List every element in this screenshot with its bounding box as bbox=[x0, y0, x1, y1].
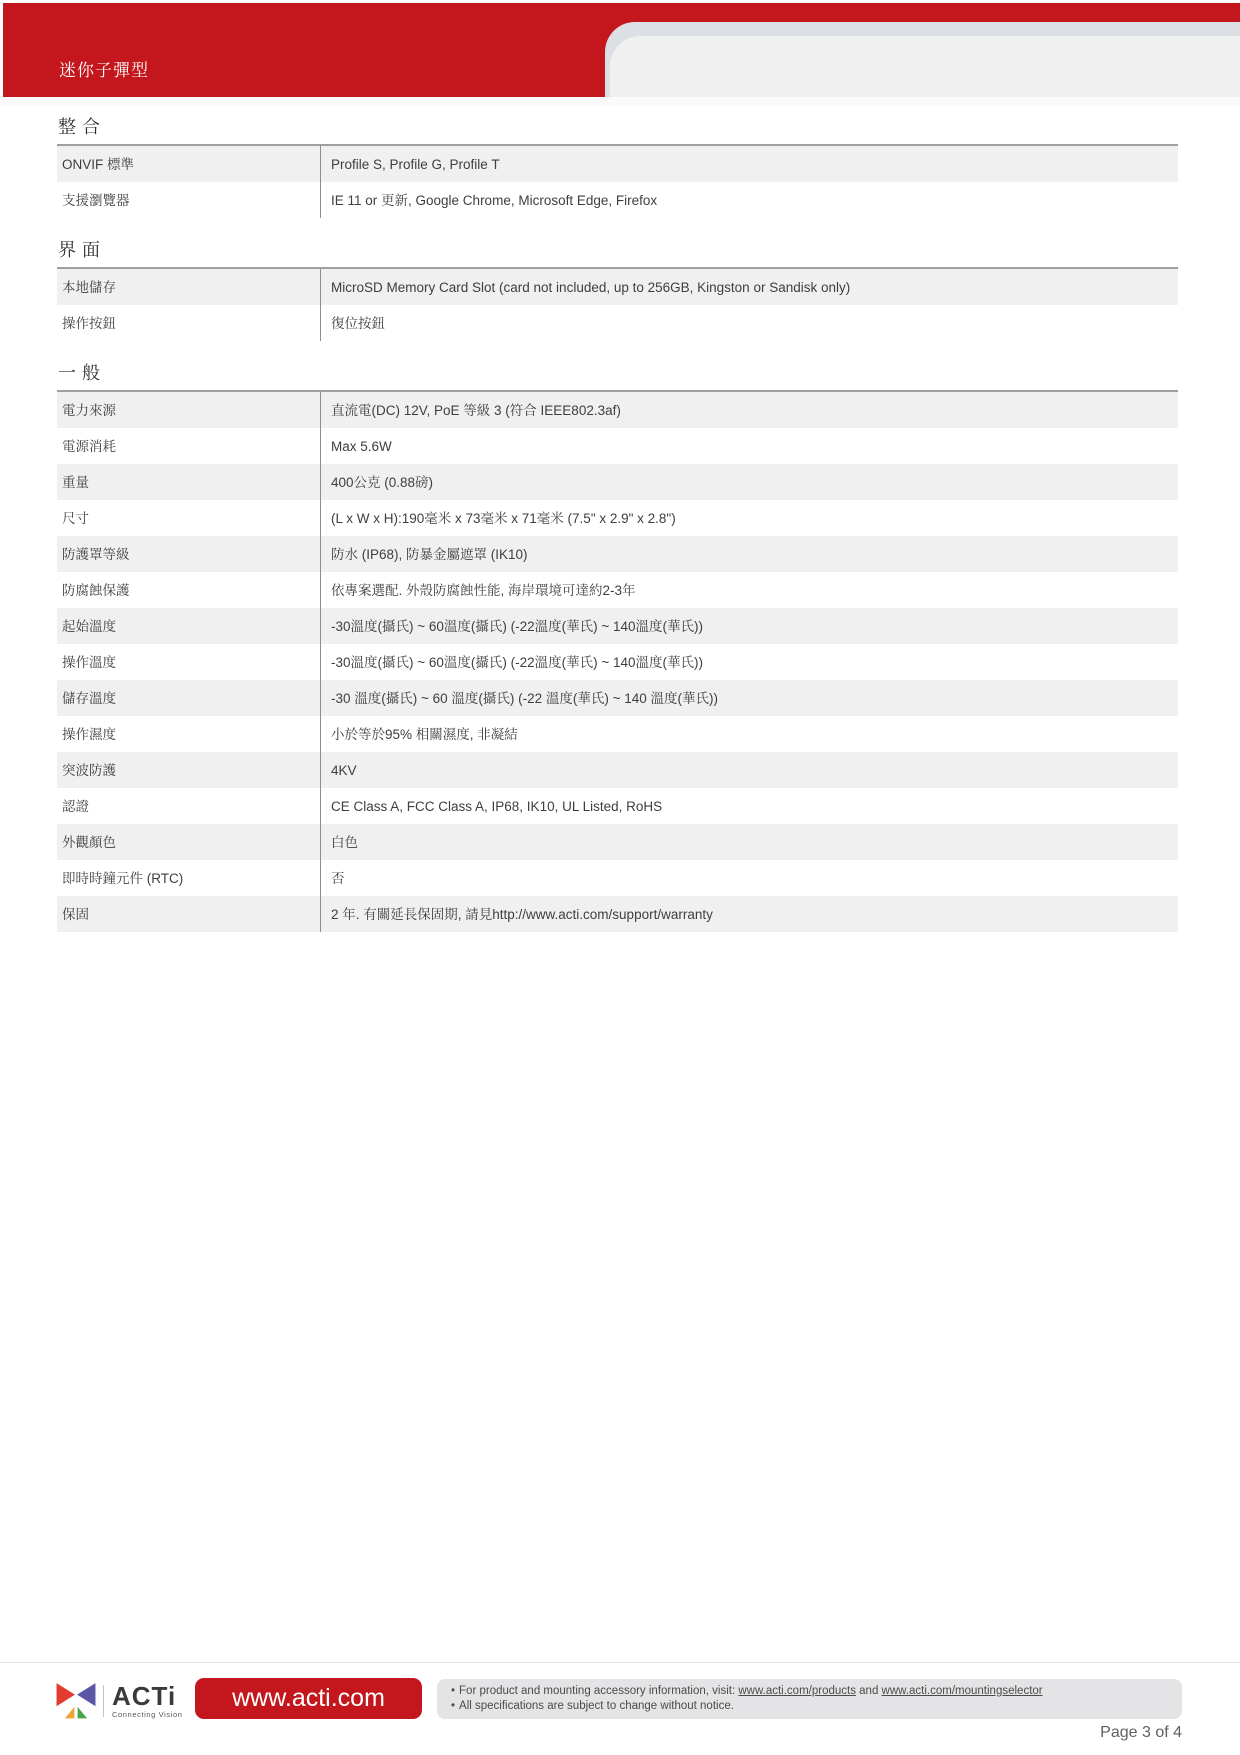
note2-text: All specifications are subject to change… bbox=[459, 1700, 734, 1712]
spec-label: 重量 bbox=[57, 474, 320, 491]
spec-value: 防水 (IP68), 防暴金屬遮罩 (IK10) bbox=[320, 536, 1178, 572]
spec-label: 操作按鈕 bbox=[57, 315, 320, 332]
spec-row: 支援瀏覽器IE 11 or 更新, Google Chrome, Microso… bbox=[57, 182, 1178, 218]
brand-name: ACTi bbox=[112, 1684, 183, 1708]
spec-row: 即時時鐘元件 (RTC)否 bbox=[57, 860, 1178, 896]
spec-row: 操作溫度-30溫度(攝氏) ~ 60溫度(攝氏) (-22溫度(華氏) ~ 14… bbox=[57, 644, 1178, 680]
header-substrip bbox=[0, 97, 1240, 105]
note1-middle: and bbox=[856, 1685, 882, 1697]
spec-value: 白色 bbox=[320, 824, 1178, 860]
spec-label: 支援瀏覽器 bbox=[57, 192, 320, 209]
spec-label: ONVIF 標準 bbox=[57, 156, 320, 173]
spec-sections: 整合ONVIF 標準Profile S, Profile G, Profile … bbox=[57, 105, 1178, 932]
spec-row: 突波防護4KV bbox=[57, 752, 1178, 788]
spec-value: 依專案選配. 外殼防腐蝕性能, 海岸環境可達約2-3年 bbox=[320, 572, 1178, 608]
spec-label: 操作溫度 bbox=[57, 654, 320, 671]
spec-label: 即時時鐘元件 (RTC) bbox=[57, 870, 320, 887]
spec-label: 本地儲存 bbox=[57, 279, 320, 296]
spec-value: Profile S, Profile G, Profile T bbox=[320, 146, 1178, 182]
spec-row: 電力來源直流電(DC) 12V, PoE 等級 3 (符合 IEEE802.3a… bbox=[57, 392, 1178, 428]
products-link[interactable]: www.acti.com/products bbox=[738, 1685, 856, 1697]
spec-value: Max 5.6W bbox=[320, 428, 1178, 464]
spec-table: ONVIF 標準Profile S, Profile G, Profile T支… bbox=[57, 146, 1178, 218]
spec-row: 保固2 年. 有關延長保固期, 請見http://www.acti.com/su… bbox=[57, 896, 1178, 932]
spec-row: 起始溫度-30溫度(攝氏) ~ 60溫度(攝氏) (-22溫度(華氏) ~ 14… bbox=[57, 608, 1178, 644]
section-title: 界面 bbox=[57, 236, 1178, 269]
spec-value: IE 11 or 更新, Google Chrome, Microsoft Ed… bbox=[320, 182, 1178, 218]
spec-value: CE Class A, FCC Class A, IP68, IK10, UL … bbox=[320, 788, 1178, 824]
datasheet-page: 迷你子彈型 整合ONVIF 標準Profile S, Profile G, Pr… bbox=[0, 0, 1240, 1755]
spec-label: 突波防護 bbox=[57, 762, 320, 779]
spec-row: 外觀顏色白色 bbox=[57, 824, 1178, 860]
footer-note-2: •All specifications are subject to chang… bbox=[451, 1699, 1168, 1714]
spec-row: 防腐蝕保護依專案選配. 外殼防腐蝕性能, 海岸環境可達約2-3年 bbox=[57, 572, 1178, 608]
spec-row: 儲存溫度-30 溫度(攝氏) ~ 60 溫度(攝氏) (-22 溫度(華氏) ~… bbox=[57, 680, 1178, 716]
brand-tagline: Connecting Vision bbox=[112, 1710, 183, 1719]
spec-value: 400公克 (0.88磅) bbox=[320, 464, 1178, 500]
logo-divider bbox=[103, 1685, 104, 1717]
spec-row: 操作濕度小於等於95% 相關濕度, 非凝結 bbox=[57, 716, 1178, 752]
spec-label: 認證 bbox=[57, 798, 320, 815]
logo-text: ACTi Connecting Vision bbox=[112, 1684, 183, 1719]
spec-value: 否 bbox=[320, 860, 1178, 896]
acti-logo: ACTi Connecting Vision bbox=[56, 1681, 183, 1721]
spec-row: 本地儲存MicroSD Memory Card Slot (card not i… bbox=[57, 269, 1178, 305]
spec-value: 直流電(DC) 12V, PoE 等級 3 (符合 IEEE802.3af) bbox=[320, 392, 1178, 428]
section-title: 整合 bbox=[57, 113, 1178, 146]
spec-value: 2 年. 有關延長保固期, 請見http://www.acti.com/supp… bbox=[320, 896, 1178, 932]
spec-row: 認證CE Class A, FCC Class A, IP68, IK10, U… bbox=[57, 788, 1178, 824]
spec-row: 電源消耗Max 5.6W bbox=[57, 428, 1178, 464]
website-button[interactable]: www.acti.com bbox=[195, 1678, 422, 1719]
spec-value: MicroSD Memory Card Slot (card not inclu… bbox=[320, 269, 1178, 305]
spec-label: 起始溫度 bbox=[57, 618, 320, 635]
page-title: 迷你子彈型 bbox=[59, 56, 149, 81]
footer-divider bbox=[0, 1662, 1240, 1663]
section-title: 一般 bbox=[57, 359, 1178, 392]
header-tab-inner bbox=[610, 36, 1240, 105]
spec-label: 尺寸 bbox=[57, 510, 320, 527]
spec-value: 復位按鈕 bbox=[320, 305, 1178, 341]
spec-label: 防護罩等級 bbox=[57, 546, 320, 563]
spec-row: 防護罩等級防水 (IP68), 防暴金屬遮罩 (IK10) bbox=[57, 536, 1178, 572]
spec-section: 界面本地儲存MicroSD Memory Card Slot (card not… bbox=[57, 236, 1178, 341]
note1-text: For product and mounting accessory infor… bbox=[459, 1685, 738, 1697]
spec-label: 外觀顏色 bbox=[57, 834, 320, 851]
spec-value: -30溫度(攝氏) ~ 60溫度(攝氏) (-22溫度(華氏) ~ 140溫度(… bbox=[320, 644, 1178, 680]
footer-notes: •For product and mounting accessory info… bbox=[437, 1679, 1182, 1719]
footer-note-1: •For product and mounting accessory info… bbox=[451, 1684, 1168, 1699]
spec-row: 重量400公克 (0.88磅) bbox=[57, 464, 1178, 500]
spec-row: 尺寸(L x W x H):190毫米 x 73毫米 x 71毫米 (7.5" … bbox=[57, 500, 1178, 536]
spec-label: 操作濕度 bbox=[57, 726, 320, 743]
spec-label: 防腐蝕保護 bbox=[57, 582, 320, 599]
spec-section: 整合ONVIF 標準Profile S, Profile G, Profile … bbox=[57, 113, 1178, 218]
spec-label: 保固 bbox=[57, 906, 320, 923]
spec-section: 一般電力來源直流電(DC) 12V, PoE 等級 3 (符合 IEEE802.… bbox=[57, 359, 1178, 932]
bullet-icon: • bbox=[451, 1685, 455, 1697]
spec-table: 本地儲存MicroSD Memory Card Slot (card not i… bbox=[57, 269, 1178, 341]
spec-value: -30溫度(攝氏) ~ 60溫度(攝氏) (-22溫度(華氏) ~ 140溫度(… bbox=[320, 608, 1178, 644]
butterfly-logo-icon bbox=[56, 1681, 96, 1721]
spec-value: 小於等於95% 相關濕度, 非凝結 bbox=[320, 716, 1178, 752]
bullet-icon: • bbox=[451, 1700, 455, 1712]
spec-label: 電力來源 bbox=[57, 402, 320, 419]
spec-value: (L x W x H):190毫米 x 73毫米 x 71毫米 (7.5" x … bbox=[320, 500, 1178, 536]
spec-value: -30 溫度(攝氏) ~ 60 溫度(攝氏) (-22 溫度(華氏) ~ 140… bbox=[320, 680, 1178, 716]
spec-label: 儲存溫度 bbox=[57, 690, 320, 707]
spec-row: ONVIF 標準Profile S, Profile G, Profile T bbox=[57, 146, 1178, 182]
spec-label: 電源消耗 bbox=[57, 438, 320, 455]
spec-row: 操作按鈕復位按鈕 bbox=[57, 305, 1178, 341]
spec-value: 4KV bbox=[320, 752, 1178, 788]
mountingselector-link[interactable]: www.acti.com/mountingselector bbox=[882, 1685, 1043, 1697]
page-number: Page 3 of 4 bbox=[1100, 1724, 1182, 1742]
spec-table: 電力來源直流電(DC) 12V, PoE 等級 3 (符合 IEEE802.3a… bbox=[57, 392, 1178, 932]
